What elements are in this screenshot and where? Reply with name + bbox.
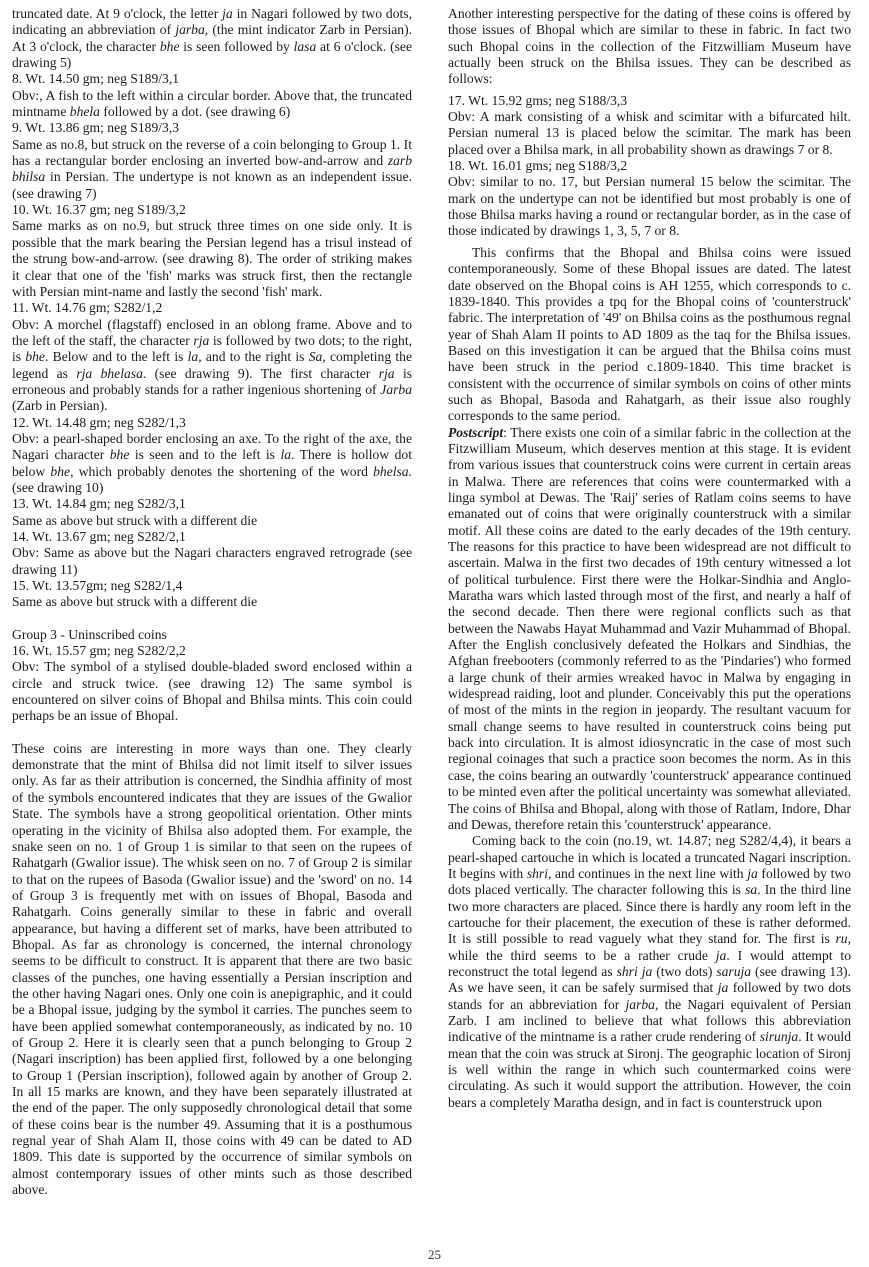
intro-paragraph: truncated date. At 9 o'clock, the letter… bbox=[12, 6, 412, 71]
postscript-paragraph: Postscript: There exists one coin of a s… bbox=[448, 425, 851, 834]
coin-entry-12-description: Obv: a pearl-shaped border enclosing an … bbox=[12, 431, 412, 496]
coin-19-paragraph: Coming back to the coin (no.19, wt. 14.8… bbox=[448, 833, 851, 1111]
coin-entry-12-heading: 12. Wt. 14.48 gm; neg S282/1,3 bbox=[12, 415, 412, 431]
coin-entry-15-heading: 15. Wt. 13.57gm; neg S282/1,4 bbox=[12, 578, 412, 594]
coin-entry-18-description: Obv: similar to no. 17, but Persian nume… bbox=[448, 174, 851, 239]
coin-entry-14-description: Obv: Same as above but the Nagari charac… bbox=[12, 545, 412, 578]
bhopal-intro-paragraph: Another interesting perspective for the … bbox=[448, 6, 851, 88]
coin-entry-11-heading: 11. Wt. 14.76 gm; S282/1,2 bbox=[12, 300, 412, 316]
coin-entry-17-description: Obv: A mark consisting of a whisk and sc… bbox=[448, 109, 851, 158]
coin-entry-15-description: Same as above but struck with a differen… bbox=[12, 594, 412, 610]
group-3-heading: Group 3 - Uninscribed coins bbox=[12, 627, 412, 643]
coin-entry-16-heading: 16. Wt. 15.57 gm; neg S282/2,2 bbox=[12, 643, 412, 659]
coin-entry-18-heading: 18. Wt. 16.01 gms; neg S188/3,2 bbox=[448, 158, 851, 174]
coin-entry-8-heading: 8. Wt. 14.50 gm; neg S189/3,1 bbox=[12, 71, 412, 87]
coin-entry-10-heading: 10. Wt. 16.37 gm; neg S189/3,2 bbox=[12, 202, 412, 218]
coin-entry-11-description: Obv: A morchel (flagstaff) enclosed in a… bbox=[12, 317, 412, 415]
coin-entry-16-description: Obv: The symbol of a stylised double-bla… bbox=[12, 659, 412, 724]
coin-entry-8-description: Obv:, A fish to the left within a circul… bbox=[12, 88, 412, 121]
right-column: Another interesting perspective for the … bbox=[448, 6, 851, 1111]
page-number: 25 bbox=[0, 1247, 869, 1263]
left-column: truncated date. At 9 o'clock, the letter… bbox=[12, 6, 412, 1198]
coin-entry-13-description: Same as above but struck with a differen… bbox=[12, 513, 412, 529]
coin-entry-9-heading: 9. Wt. 13.86 gm; neg S189/3,3 bbox=[12, 120, 412, 136]
postscript-label: Postscript bbox=[448, 425, 503, 440]
coin-entry-9-description: Same as no.8, but struck on the reverse … bbox=[12, 137, 412, 202]
discussion-paragraph: These coins are interesting in more ways… bbox=[12, 741, 412, 1199]
coin-entry-14-heading: 14. Wt. 13.67 gm; neg S282/2,1 bbox=[12, 529, 412, 545]
coin-entry-13-heading: 13. Wt. 14.84 gm; neg S282/3,1 bbox=[12, 496, 412, 512]
coin-entry-17-heading: 17. Wt. 15.92 gms; neg S188/3,3 bbox=[448, 93, 851, 109]
coin-entry-10-description: Same marks as on no.9, but struck three … bbox=[12, 218, 412, 300]
confirms-paragraph: This confirms that the Bhopal and Bhilsa… bbox=[448, 245, 851, 425]
